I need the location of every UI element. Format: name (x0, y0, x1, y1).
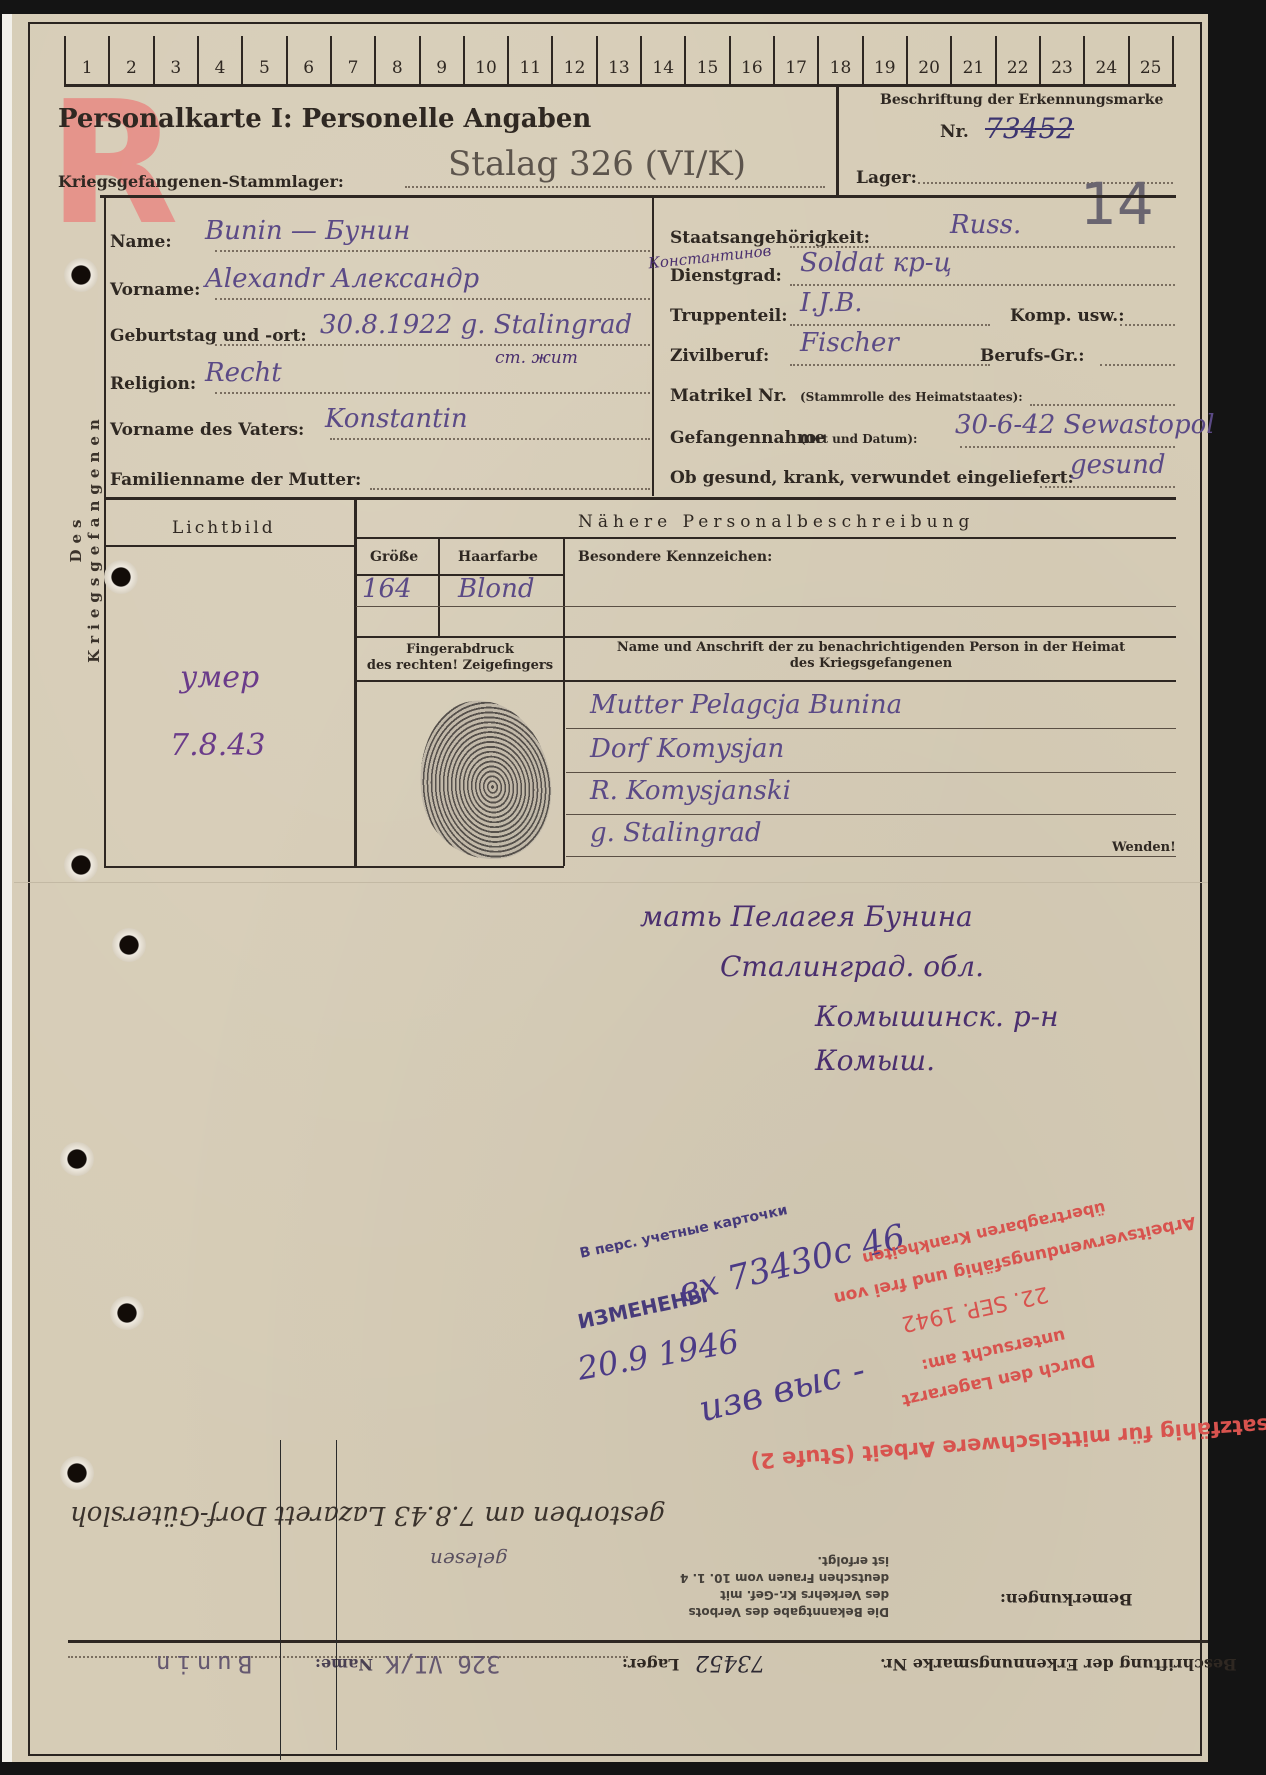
punch-hole (112, 928, 146, 962)
russian-note-line4: Комыш. (815, 1044, 935, 1077)
contact-line[interactable]: Dorf Komysjan (590, 734, 784, 764)
punch-hole (60, 1142, 94, 1176)
groesse-label: Größe (370, 549, 418, 565)
contact-ruling (566, 772, 1176, 773)
field-label-small: (Ort und Datum): (800, 432, 917, 446)
ruler-cell: 18 (817, 36, 861, 84)
contact-divider (563, 538, 565, 866)
scan-edge (2, 14, 12, 1762)
contact-ruling (566, 814, 1176, 815)
field-note: ст. жит (495, 348, 578, 368)
contact-line[interactable]: g. Stalingrad (590, 818, 762, 848)
death-note-date: 7.8.43 (170, 728, 265, 763)
lower-marke-value: 73452 (695, 1650, 765, 1675)
contact-ruling (566, 728, 1176, 729)
field-dotline (215, 392, 650, 394)
punch-hole (64, 848, 98, 882)
russian-note-line2: Сталинград. обл. (720, 950, 984, 983)
bemerkungen-line: ist erfolgt. (680, 1552, 889, 1569)
field-label: Geburtstag und -ort: (110, 326, 307, 346)
ruler-cell: 17 (773, 36, 817, 84)
kennzeichen-label: Besondere Kennzeichen: (578, 549, 772, 565)
field-label-small: (Stammrolle des Heimatstaates): (800, 390, 1023, 404)
bemerkungen-line: Die Bekanntgabe des Verbots (680, 1603, 889, 1620)
field-label: Religion: (110, 374, 196, 394)
marke-heading: Beschriftung der Erkennungsmarke (880, 92, 1163, 108)
bemerkungen-text: Die Bekanntgabe des Verbots des Verkehrs… (680, 1552, 889, 1620)
finger-label: Fingerabdruck des rechten! Zeigefingers (356, 642, 564, 674)
field-dotline (1030, 404, 1175, 406)
field-value[interactable]: Fischer (800, 328, 899, 358)
contact-header-line (356, 680, 1176, 682)
ruler-cell: 19 (862, 36, 906, 84)
ruler-cell: 23 (1039, 36, 1083, 84)
field-value[interactable]: Russ. (950, 210, 1021, 240)
ruler-bottom-line (64, 84, 1176, 87)
ruler-cell: 25 (1128, 36, 1174, 84)
groesse-divider (438, 538, 440, 636)
stammlager-stamp: Stalag 326 (VI/K) (448, 144, 746, 184)
field-label: Vorname des Vaters: (110, 420, 304, 440)
death-note-word: умер (180, 660, 259, 695)
punch-hole (64, 258, 98, 292)
field-dotline (215, 344, 650, 346)
header-bottom-line (100, 195, 1176, 198)
size-value-line (356, 606, 1176, 607)
contact-ruling (566, 856, 1176, 857)
punch-hole (104, 560, 138, 594)
stammlager-dotline (405, 186, 825, 188)
bemerkungen-line: des Verkehrs Kr.-Gef. mit (680, 1586, 889, 1603)
field-value[interactable]: 30.8.1922 g. Stalingrad (320, 310, 632, 340)
lower-death-note: gestorben am 7.8.43 Lazarett Dorf-Güters… (70, 1500, 666, 1530)
finger-label-2: des rechten! Zeigefingers (356, 658, 564, 674)
contact-label-1: Name und Anschrift der zu benachrichtige… (566, 640, 1176, 656)
field-label: Dienstgrad: (670, 266, 782, 286)
ruler-cell: 9 (419, 36, 463, 84)
groesse-value: 164 (362, 574, 412, 604)
lower-lager-label: Lager: (622, 1655, 679, 1674)
card-title: Personalkarte I: Personelle Angaben (58, 104, 591, 134)
field-value[interactable]: 30-6-42 Sewastopol (955, 410, 1215, 440)
ruler-cell: 22 (995, 36, 1039, 84)
russian-note-line1: мать Пелагея Бунина (640, 900, 973, 933)
ruler-cell: 11 (507, 36, 551, 84)
fields-bottom-line (104, 497, 1176, 500)
description-bottom-line (104, 866, 564, 868)
signature: gelesen (430, 1548, 508, 1572)
field-dotline (790, 324, 990, 326)
contact-line[interactable]: R. Komysjanski (590, 776, 791, 806)
ruler-cell: 5 (241, 36, 285, 84)
field-label: Zivilberuf: (670, 346, 769, 366)
description-heading: Nähere Personalbeschreibung (578, 512, 974, 532)
field-label: Matrikel Nr. (670, 386, 787, 406)
stammlager-label: Kriegsgefangenen-Stammlager: (58, 172, 344, 191)
header-divider (836, 86, 839, 196)
ruler-cell: 12 (551, 36, 595, 84)
field-value[interactable]: Bunin — Бунин (205, 216, 410, 246)
kennzeichen-bottom-line (356, 636, 1176, 638)
punch-hole (60, 1456, 94, 1490)
finger-label-1: Fingerabdruck (356, 642, 564, 658)
russian-note-line3: Комышинск. р-н (815, 1000, 1059, 1033)
field-label: Ob gesund, krank, verwundet eingeliefert… (670, 468, 1074, 488)
lower-lager-value: 326 VI/K (385, 1650, 501, 1678)
field-value[interactable]: Konstantin (325, 404, 468, 434)
lichtbild-divider (354, 498, 357, 868)
field-label-2: Komp. usw.: (1010, 306, 1125, 326)
field-dotline (1100, 364, 1175, 366)
contact-line[interactable]: Mutter Pelagcja Bunina (590, 690, 902, 720)
ruler-cell: 24 (1083, 36, 1127, 84)
ruler-cell: 4 (197, 36, 241, 84)
lower-name-label: Name: (315, 1655, 373, 1674)
lichtbild-label: Lichtbild (172, 518, 276, 538)
field-value[interactable]: I.J.B. (800, 288, 863, 318)
ruler-cell: 21 (950, 36, 994, 84)
lower-divider-line (68, 1640, 1208, 1643)
field-dotline (330, 438, 650, 440)
left-margin-line (104, 196, 106, 866)
bemerkungen-label: Bemerkungen: (1000, 1590, 1133, 1609)
ruler-cell: 16 (729, 36, 773, 84)
field-label: Name: (110, 232, 172, 252)
fold-line (14, 882, 1208, 883)
haarfarbe-label: Haarfarbe (458, 549, 538, 565)
pen-line (336, 1440, 337, 1750)
lower-name-value: Bunin (150, 1650, 252, 1678)
field-dotline (215, 250, 650, 252)
lower-marke-label: Beschriftung der Erkennungsmarke Nr. (880, 1655, 1237, 1674)
field-value[interactable]: Soldat кр-ц (800, 248, 952, 278)
field-label: Truppenteil: (670, 306, 788, 326)
description-heading-line (356, 537, 1176, 539)
ruler-cell: 8 (374, 36, 418, 84)
marke-nr-label: Nr. (940, 122, 969, 142)
field-dotline (960, 446, 1175, 448)
fields-divider (652, 196, 654, 496)
field-dotline (1040, 486, 1175, 488)
field-value[interactable]: Recht (205, 358, 282, 388)
bemerkungen-line: deutschen Frauen vom 10. 1. 4 (680, 1569, 889, 1586)
lichtbild-line (104, 545, 354, 547)
side-label: Des Kriegsgefangenen (67, 393, 103, 683)
field-value[interactable]: gesund (1070, 450, 1166, 480)
haarfarbe-value: Blond (458, 574, 534, 604)
field-dotline (215, 298, 650, 300)
field-label: Familienname der Mutter: (110, 470, 361, 490)
ruler-cell: 14 (640, 36, 684, 84)
field-value[interactable]: Alexandr Александр (205, 264, 479, 294)
contact-label-2: des Kriegsgefangenen (566, 656, 1176, 672)
field-label-2: Berufs-Gr.: (980, 346, 1085, 366)
field-dotline (790, 364, 990, 366)
pen-line (280, 1440, 281, 1760)
wenden-label: Wenden! (1112, 840, 1176, 855)
annotation-14: 14 (1080, 170, 1154, 238)
field-label: Vorname: (110, 280, 200, 300)
contact-label: Name und Anschrift der zu benachrichtige… (566, 640, 1176, 672)
ruler-cell: 13 (596, 36, 640, 84)
ruler-cell: 10 (463, 36, 507, 84)
field-dotline (370, 488, 650, 490)
ruler-cell: 6 (286, 36, 330, 84)
ruler-cell: 7 (330, 36, 374, 84)
field-dotline (790, 284, 1175, 286)
ruler-cell: 15 (684, 36, 728, 84)
ruler-cell: 20 (906, 36, 950, 84)
number-ruler: 1234567891011121314151617181920212223242… (64, 36, 1174, 84)
marke-nr-value: 73452 (985, 112, 1074, 145)
lager-label: Lager: (856, 168, 917, 188)
punch-hole (110, 1296, 144, 1330)
field-dotline (1120, 324, 1175, 326)
